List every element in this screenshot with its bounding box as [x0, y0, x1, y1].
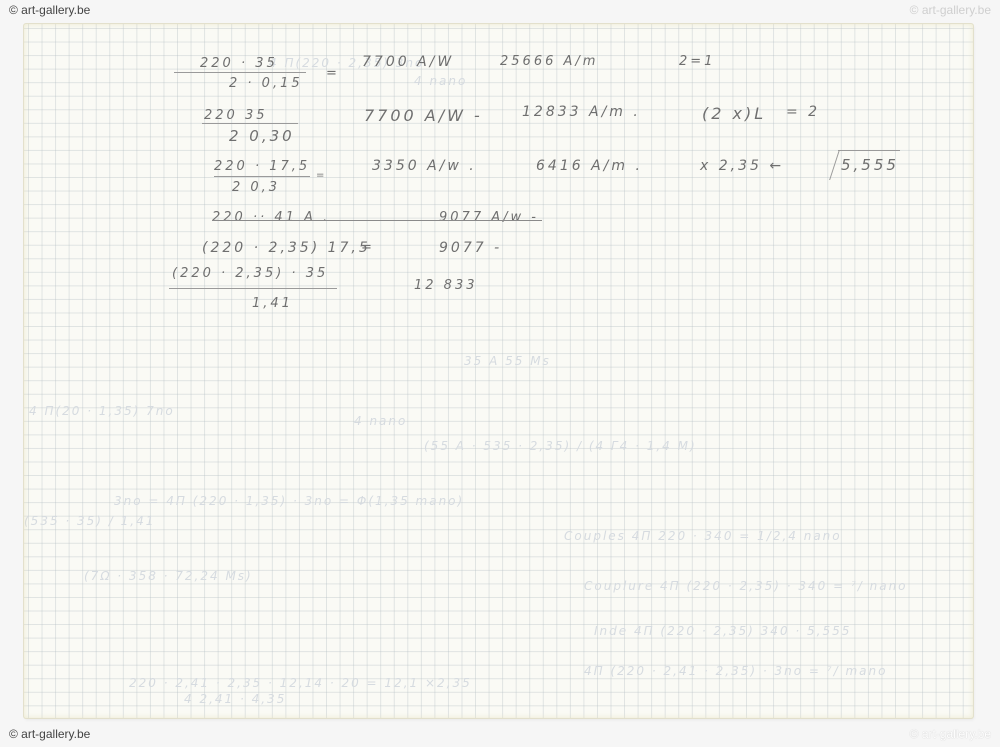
strikethrough-line: [212, 220, 542, 221]
fraction-bar: [202, 123, 298, 124]
expression: (220 · 2,35) 17,5: [202, 240, 371, 256]
equals-sign: =: [361, 240, 375, 255]
watermark-bottom-right: © art-gallery.be: [910, 727, 991, 741]
equals-sign: =: [316, 170, 327, 181]
struck-text-left: 220 ·· 41 A .: [212, 210, 330, 225]
result-aw: 3350 A/w .: [372, 158, 477, 174]
note-parenthesized: (2 x)L: [702, 104, 766, 123]
multiplier: x 2,35 ←: [700, 158, 784, 174]
ghost-line: (7Ω · 358 · 72,24 Ms): [84, 569, 253, 583]
note: 2=1: [679, 54, 715, 69]
ghost-line: Inde 4Π (220 · 2,35) 340 · 5,555: [594, 624, 851, 638]
result-aw: 7700 A/W -: [364, 106, 483, 125]
ghost-line: 220 · 2,41 · 2,35 · 12,14 · 20 = 12,1 ×2…: [129, 676, 472, 690]
result-am: 6416 A/m .: [536, 158, 643, 174]
result: 9077 -: [439, 240, 502, 256]
ghost-line: 4 nano: [354, 414, 407, 428]
fraction-denominator: 1,41: [252, 296, 293, 311]
watermark-top-right: © art-gallery.be: [910, 3, 991, 17]
ghost-line: 35 A 55 Ms: [464, 354, 551, 368]
sqrt-bar: [838, 150, 900, 151]
fraction-denominator: 2 0,3: [232, 180, 280, 195]
note-equals: = 2: [786, 104, 820, 120]
result: 12 833: [414, 278, 478, 293]
fraction-bar: [174, 72, 306, 73]
result-am: 12833 A/m .: [522, 104, 641, 120]
sqrt-value: 5,555: [841, 156, 899, 174]
fraction-numerator: 220 · 35: [200, 56, 278, 71]
fraction-denominator: 2 · 0,15: [229, 76, 303, 91]
ghost-line: (535 · 35) / 1,41: [24, 514, 155, 528]
ghost-line: (55 A · 535 · 2,35) / (4 Γ4 · 1,4 M): [424, 439, 697, 453]
sqrt-sign: [829, 150, 840, 180]
ghost-line: 3no = 4Π (220 · 1,35) · 3no = Φ(1,35 man…: [114, 494, 464, 508]
ghost-line: 4 nano: [414, 74, 467, 88]
ghost-line: 4 2,41 · 4,35: [184, 692, 286, 706]
fraction-numerator: 220 · 17,5: [214, 159, 310, 174]
fraction-numerator: 220 35: [204, 108, 268, 123]
fraction-numerator: (220 · 2,35) · 35: [172, 266, 328, 281]
fraction-bar: [214, 176, 310, 177]
watermark-top-left: © art-gallery.be: [9, 3, 90, 17]
ghost-line: Couplure 4Π (220 · 2,35) · 340 = ⁷/ nano: [584, 579, 908, 593]
ghost-line: 4 Π(20 · 1,35) 7no: [29, 404, 175, 418]
fraction-bar: [169, 288, 337, 289]
ghost-line: Couples 4Π 220 · 340 = 1/2,4 nano: [564, 529, 842, 543]
watermark-bottom-left: © art-gallery.be: [9, 727, 90, 741]
equals-sign: =: [326, 66, 340, 81]
result-am: 25666 A/m: [500, 54, 598, 69]
struck-text-right: 9077 A/w -: [439, 210, 539, 225]
fraction-denominator: 2 0,30: [229, 127, 295, 145]
result-aw: 7700 A/W: [362, 54, 454, 70]
ghost-line: 4Π (220 · 2,41 · 2,35) · 3no = ⁷/ mano: [584, 664, 887, 678]
graph-paper-sheet: 4 Π(220 · 2,35) 3no 4 nano 35 A 55 Ms 4 …: [24, 24, 973, 718]
